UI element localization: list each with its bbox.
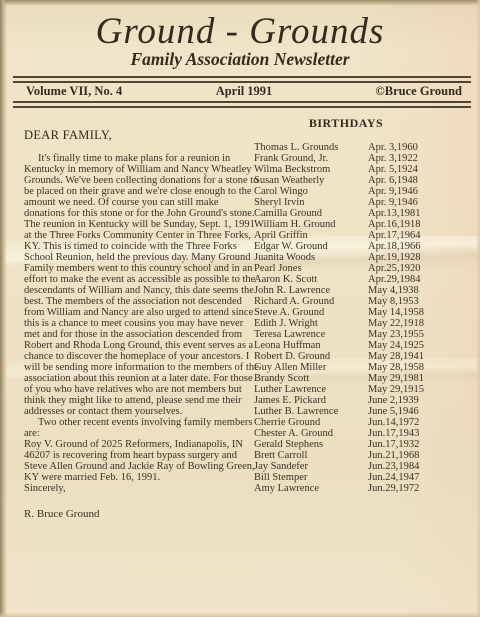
- birthday-date: Apr. 5,1924: [368, 164, 424, 175]
- paper-edge-right: [476, 0, 480, 617]
- birthday-date: Apr.16,1918: [368, 219, 424, 230]
- birthday-row: Robert D. Ground May 28,1941: [254, 351, 424, 362]
- birthday-name: Camilla Ground: [254, 208, 368, 219]
- birthday-name: Steve A. Ground: [254, 307, 368, 318]
- birthday-name: Susan Weatherly: [254, 175, 368, 186]
- copyright-notice: ©Bruce Ground: [308, 84, 462, 99]
- birthday-row: James E. Pickard June 2,1939: [254, 395, 424, 406]
- birthday-row: Luther B. Lawrence June 5,1946: [254, 406, 424, 417]
- birthday-name: Gerald Stephens: [254, 439, 368, 450]
- letter-signature: R. Bruce Ground: [24, 508, 261, 520]
- birthday-date: Jun.14,1972: [368, 417, 424, 428]
- birthdays-column: BIRTHDAYS Thomas L. Grounds Apr. 3,1960 …: [254, 116, 424, 494]
- letter-paragraph: It's finally time to make plans for a re…: [24, 153, 261, 417]
- birthday-row: Gerald Stephens Jun.17,1932: [254, 439, 424, 450]
- birthday-row: Carol Wingo Apr. 9,1946: [254, 186, 424, 197]
- birthday-date: Apr. 9,1946: [368, 186, 424, 197]
- birthday-name: Wilma Beckstrom: [254, 164, 368, 175]
- birthday-row: Pearl Jones Apr.25,1920: [254, 263, 424, 274]
- birthday-date: Apr.29,1984: [368, 274, 424, 285]
- birthday-row: Sheryl Irvin Apr. 9,1946: [254, 197, 424, 208]
- birthday-name: Teresa Lawrence: [254, 329, 368, 340]
- birthday-date: May 29,1981: [368, 373, 424, 384]
- letter-paragraph: Two other recent events involving family…: [24, 417, 261, 439]
- newsletter-page: Ground - Grounds Family Association News…: [0, 0, 480, 617]
- birthday-row: Aaron K. Scott Apr.29,1984: [254, 274, 424, 285]
- birthday-row: Juanita Woods Apr.19,1928: [254, 252, 424, 263]
- birthday-row: Amy Lawrence Jun.29,1972: [254, 483, 424, 494]
- birthday-row: Brett Carroll Jun.21,1968: [254, 450, 424, 461]
- newsletter-title: Ground - Grounds: [0, 12, 480, 52]
- birthday-date: May 8,1953: [368, 296, 424, 307]
- birthday-date: Apr. 6,1948: [368, 175, 424, 186]
- birthday-row: Brandy Scott May 29,1981: [254, 373, 424, 384]
- newsletter-subtitle: Family Association Newsletter: [0, 50, 480, 69]
- birthday-date: Jun.24,1947: [368, 472, 424, 483]
- birthday-name: Jay Sandefer: [254, 461, 368, 472]
- birthday-name: John R. Lawrence: [254, 285, 368, 296]
- volume-label: Volume VII, No. 4: [26, 84, 180, 99]
- birthday-date: May 4,1938: [368, 285, 424, 296]
- birthday-date: May 24,1925: [368, 340, 424, 351]
- birthday-name: Sheryl Irvin: [254, 197, 368, 208]
- masthead: Ground - Grounds Family Association News…: [0, 12, 480, 69]
- birthday-name: April Griffin: [254, 230, 368, 241]
- birthday-date: Apr. 3,1922: [368, 153, 424, 164]
- birthday-name: Carol Wingo: [254, 186, 368, 197]
- birthday-name: Brandy Scott: [254, 373, 368, 384]
- birthday-name: Luther B. Lawrence: [254, 406, 368, 417]
- birthday-date: June 2,1939: [368, 395, 424, 406]
- birthdays-list: Thomas L. Grounds Apr. 3,1960 Frank Grou…: [254, 142, 424, 494]
- letter-closing: Sincerely,: [24, 483, 261, 494]
- birthday-name: Brett Carroll: [254, 450, 368, 461]
- birthday-name: Chester A. Ground: [254, 428, 368, 439]
- birthday-row: Leona Huffman May 24,1925: [254, 340, 424, 351]
- birthday-name: Edgar W. Ground: [254, 241, 368, 252]
- birthday-date: May 29,1915: [368, 384, 424, 395]
- birthday-date: Apr.17,1964: [368, 230, 424, 241]
- birthday-date: Apr.18,1966: [368, 241, 424, 252]
- letter-body: It's finally time to make plans for a re…: [24, 153, 261, 483]
- birthday-name: Edith J. Wright: [254, 318, 368, 329]
- birthday-row: April Griffin Apr.17,1964: [254, 230, 424, 241]
- birthday-name: Juanita Woods: [254, 252, 368, 263]
- birthday-name: Thomas L. Grounds: [254, 142, 368, 153]
- birthday-name: Robert D. Ground: [254, 351, 368, 362]
- birthday-row: John R. Lawrence May 4,1938: [254, 285, 424, 296]
- birthday-date: May 23,1955: [368, 329, 424, 340]
- paper-edge-top: [0, 0, 480, 6]
- birthday-date: May 22,1918: [368, 318, 424, 329]
- birthday-row: Cherrie Ground Jun.14,1972: [254, 417, 424, 428]
- birthday-date: Apr. 9,1946: [368, 197, 424, 208]
- birthdays-heading: BIRTHDAYS: [268, 116, 424, 131]
- birthday-date: June 5,1946: [368, 406, 424, 417]
- birthday-row: Richard A. Ground May 8,1953: [254, 296, 424, 307]
- birthday-row: Chester A. Ground Jun.17,1943: [254, 428, 424, 439]
- letter-column: DEAR FAMILY, It's finally time to make p…: [24, 128, 261, 520]
- birthday-date: May 28,1941: [368, 351, 424, 362]
- birthday-row: Bill Stemper Jun.24,1947: [254, 472, 424, 483]
- birthday-name: Amy Lawrence: [254, 483, 368, 494]
- birthday-name: Aaron K. Scott: [254, 274, 368, 285]
- birthday-name: Bill Stemper: [254, 472, 368, 483]
- birthday-row: William H. Ground Apr.16,1918: [254, 219, 424, 230]
- birthday-name: Cherrie Ground: [254, 417, 368, 428]
- birthday-date: Jun.29,1972: [368, 483, 424, 494]
- birthday-date: Jun.17,1943: [368, 428, 424, 439]
- birthday-name: James E. Pickard: [254, 395, 368, 406]
- birthday-date: Jun.21,1968: [368, 450, 424, 461]
- paper-edge-left: [0, 0, 7, 617]
- masthead-rule-top: [13, 76, 471, 83]
- birthday-date: Jun.23,1984: [368, 461, 424, 472]
- birthday-date: Apr. 3,1960: [368, 142, 424, 153]
- birthday-date: May 14,1958: [368, 307, 424, 318]
- birthday-name: William H. Ground: [254, 219, 368, 230]
- birthday-date: May 28,1958: [368, 362, 424, 373]
- birthday-date: Jun.17,1932: [368, 439, 424, 450]
- birthday-name: Guy Allen Miller: [254, 362, 368, 373]
- birthday-row: Edith J. Wright May 22,1918: [254, 318, 424, 329]
- birthday-name: Richard A. Ground: [254, 296, 368, 307]
- birthday-name: Frank Ground, Jr.: [254, 153, 368, 164]
- birthday-name: Pearl Jones: [254, 263, 368, 274]
- birthday-row: Jay Sandefer Jun.23,1984: [254, 461, 424, 472]
- birthday-row: Edgar W. Ground Apr.18,1966: [254, 241, 424, 252]
- masthead-rule-bottom: [13, 101, 471, 108]
- birthday-date: Apr.13,1981: [368, 208, 424, 219]
- birthday-row: Thomas L. Grounds Apr. 3,1960: [254, 142, 424, 153]
- birthday-row: Susan Weatherly Apr. 6,1948: [254, 175, 424, 186]
- birthday-row: Steve A. Ground May 14,1958: [254, 307, 424, 318]
- birthday-row: Teresa Lawrence May 23,1955: [254, 329, 424, 340]
- birthday-date: Apr.19,1928: [368, 252, 424, 263]
- letter-paragraph: Roy V. Ground of 2025 Reformers, Indiana…: [24, 439, 261, 483]
- birthday-row: Camilla Ground Apr.13,1981: [254, 208, 424, 219]
- paper-edge-bottom: [0, 612, 480, 617]
- issue-bar: Volume VII, No. 4 April 1991 ©Bruce Grou…: [26, 84, 462, 99]
- birthday-name: Leona Huffman: [254, 340, 368, 351]
- birthday-row: Luther Lawrence May 29,1915: [254, 384, 424, 395]
- letter-salutation: DEAR FAMILY,: [24, 128, 261, 143]
- issue-date: April 1991: [180, 84, 308, 99]
- birthday-row: Wilma Beckstrom Apr. 5,1924: [254, 164, 424, 175]
- birthday-date: Apr.25,1920: [368, 263, 424, 274]
- birthday-row: Guy Allen Miller May 28,1958: [254, 362, 424, 373]
- birthday-row: Frank Ground, Jr. Apr. 3,1922: [254, 153, 424, 164]
- birthday-name: Luther Lawrence: [254, 384, 368, 395]
